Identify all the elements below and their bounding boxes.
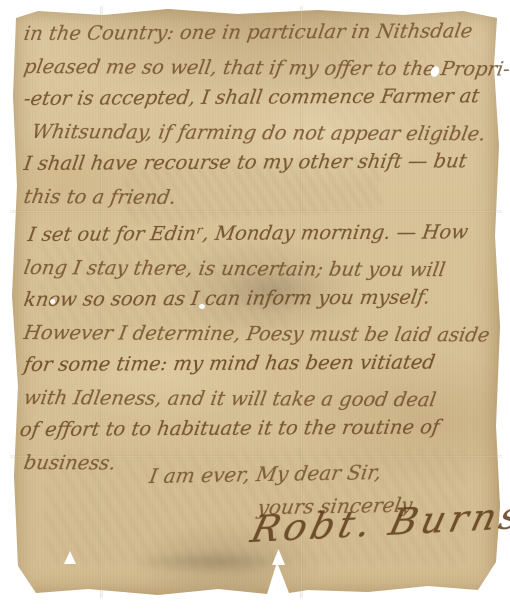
letter-line: in the Country: one in particular in Nit… bbox=[22, 15, 503, 50]
letter-body: in the Country: one in particular in Nit… bbox=[24, 18, 500, 479]
letter-line: I set out for Edinʳ, Monday morning. — H… bbox=[26, 216, 503, 251]
tear-hole bbox=[199, 304, 205, 309]
letter-line: know so soon as I can inform you myself. bbox=[22, 281, 503, 316]
letter-line: I shall have recourse to my other shift … bbox=[22, 145, 503, 180]
letter-closing: I am ever, My dear Sir, bbox=[148, 460, 383, 488]
tear-hole bbox=[50, 299, 55, 304]
letter-line: of effort to to habituate it to the rout… bbox=[18, 411, 503, 446]
letter-scan: in the Country: one in particular in Nit… bbox=[0, 0, 510, 610]
letter-line: this to a friend. bbox=[21, 181, 502, 216]
letter-line: for some time: my mind has been vitiated bbox=[22, 346, 503, 381]
letter-line: -etor is accepted, I shall commence Farm… bbox=[22, 80, 503, 115]
